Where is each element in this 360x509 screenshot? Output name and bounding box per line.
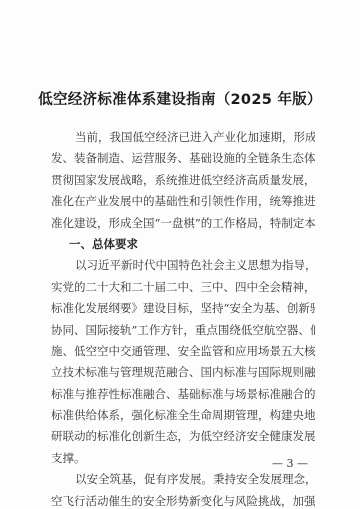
text-line: 立技术标准与管理规范融合、国内标准与国际规则融合、强制性 [51, 362, 315, 383]
text-line: 标准供给体系，强化标准全生命周期管理，构建央地协同、产学 [51, 405, 315, 426]
text-line: 标准化发展纲要》建设目标，坚持“安全为基、创新驱动、产业 [51, 298, 315, 319]
text-line: 施、低空空中交通管理、安全监管和应用场景五大核心领域，建 [51, 341, 315, 362]
text-line: 准化在产业发展中的基础性和引领性作用，统筹推进低空经济标 [51, 191, 315, 212]
principle-paragraph: 以安全筑基，促有序发展。秉持安全发展理念，主动顺应低 空飞行活动催生的安全形势新… [51, 469, 315, 509]
text-line: 以习近平新时代中国特色社会主义思想为指导，深入贯彻落 [51, 255, 315, 276]
text-line: 空飞行活动催生的安全形势新变化与风险挑战，加强低空安全标 [51, 491, 315, 509]
page-number: — 3 — [272, 457, 308, 470]
document-page: 低空经济标准体系建设指南（2025 年版） 当前，我国低空经济已进入产业化加速期… [0, 0, 360, 509]
text-line: 实党的二十大和二十届二中、三中、四中全会精神，锚定《国家 [51, 277, 315, 298]
text-line: 协同、国际接轨”工作方针，重点围绕低空航空器、低空基础设 [51, 320, 315, 341]
text-line: 当前，我国低空经济已进入产业化加速期，形成贯穿技术研 [51, 127, 315, 148]
text-line: 研联动的标准化创新生态，为低空经济安全健康发展提供有力 [51, 426, 315, 447]
section-heading: 一、总体要求 [51, 234, 315, 255]
text-line: 贯彻国家发展战略，系统推进低空经济高质量发展，充分发挥标 [51, 170, 315, 191]
document-body: 当前，我国低空经济已进入产业化加速期，形成贯穿技术研 发、装备制造、运营服务、基… [51, 127, 315, 509]
text-line: 发、装备制造、运营服务、基础设施的全链条生态体系。为深入 [51, 148, 315, 169]
general-requirements-paragraph: 以习近平新时代中国特色社会主义思想为指导，深入贯彻落 实党的二十大和二十届二中、… [51, 255, 315, 469]
text-line: 标准与推荐性标准融合、基础标准与场景标准融合的“四维融合” [51, 384, 315, 405]
intro-paragraph: 当前，我国低空经济已进入产业化加速期，形成贯穿技术研 发、装备制造、运营服务、基… [51, 127, 315, 234]
text-line: 准化建设，形成全国“一盘棋”的工作格局，特制定本建设指南。 [51, 213, 315, 234]
document-title: 低空经济标准体系建设指南（2025 年版） [0, 88, 360, 109]
text-line: 以安全筑基，促有序发展。秉持安全发展理念，主动顺应低 [51, 469, 315, 490]
